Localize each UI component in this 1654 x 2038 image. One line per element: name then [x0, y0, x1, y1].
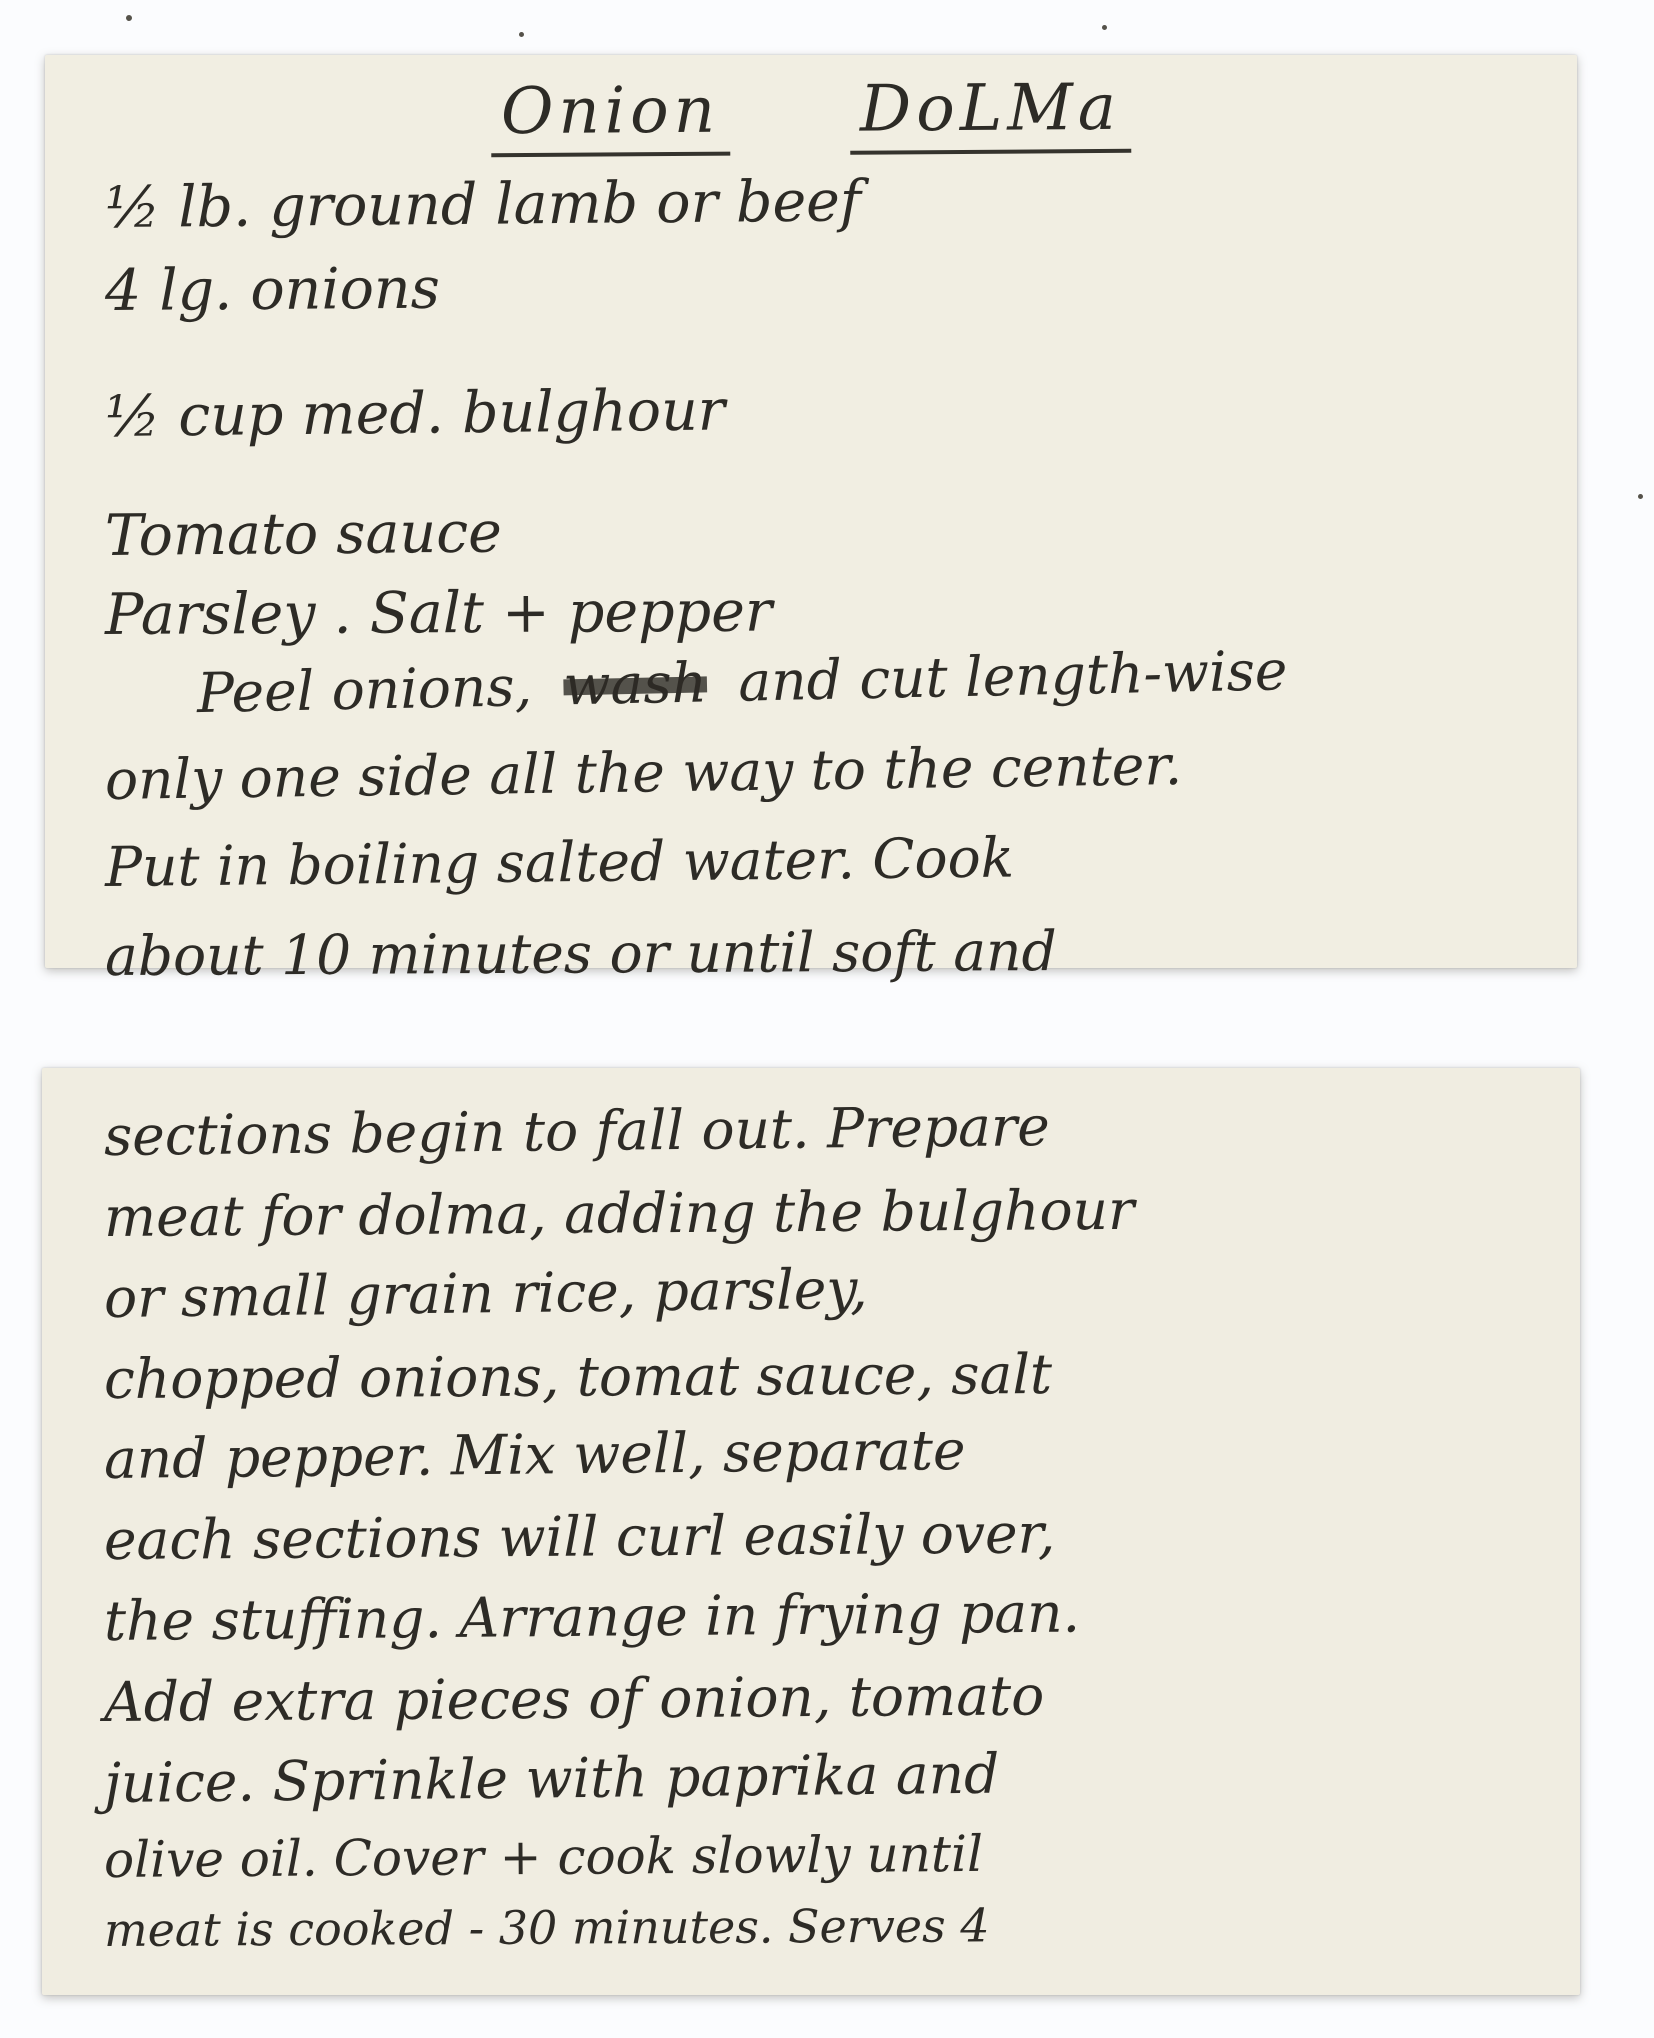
title-word-dolma: DoLMa	[850, 71, 1132, 155]
instruction-line: and pepper. Mix well, separate	[104, 1404, 1581, 1500]
recipe-card-front: Onion DoLMa ½ lb. ground lamb or beef 4 …	[45, 55, 1577, 968]
instruction-line: each sections will curl easily over,	[104, 1490, 1581, 1581]
instruction-line: only one side all the way to the center.	[105, 728, 1578, 813]
title-word-onion: Onion	[491, 74, 730, 158]
instruction-line: about 10 minutes or until soft and	[105, 916, 1577, 989]
struck-out-word: wash	[563, 651, 708, 718]
ingredient-line: Tomato sauce	[105, 490, 1578, 570]
instruction-line: sections begin to fall out. Prepare	[104, 1081, 1581, 1177]
instruction-text: Peel onions,	[196, 654, 532, 725]
instruction-line: juice. Sprinkle with paprika and	[104, 1727, 1581, 1823]
instruction-line: meat is cooked - 30 minutes. Serves 4	[104, 1889, 1580, 1964]
ingredient-line: ½ lb. ground lamb or beef	[105, 162, 1578, 242]
scan-speck	[519, 32, 524, 37]
scan-speck	[126, 15, 132, 21]
recipe-card-back: sections begin to fall out. Prepare meat…	[42, 1068, 1580, 1995]
instruction-text: and cut length-wise	[738, 638, 1288, 713]
instruction-line: or small grain rice, parsley,	[104, 1240, 1581, 1339]
scanned-recipe-page: { "colors": { "card": "#f1eee2", "ink": …	[0, 0, 1654, 2038]
scan-speck	[1102, 25, 1107, 30]
scan-speck	[1638, 494, 1643, 499]
instruction-line: the stuffing. Arrange in frying pan.	[104, 1568, 1581, 1662]
instruction-line: Put in boiling salted water. Cook	[105, 820, 1578, 900]
instruction-line: olive oil. Cover + cook slowly until	[104, 1813, 1580, 1897]
recipe-title: Onion DoLMa	[45, 68, 1578, 161]
ingredient-line: ½ cup med. bulghour	[105, 368, 1578, 451]
ingredient-line: 4 lg. onions	[105, 248, 1577, 326]
